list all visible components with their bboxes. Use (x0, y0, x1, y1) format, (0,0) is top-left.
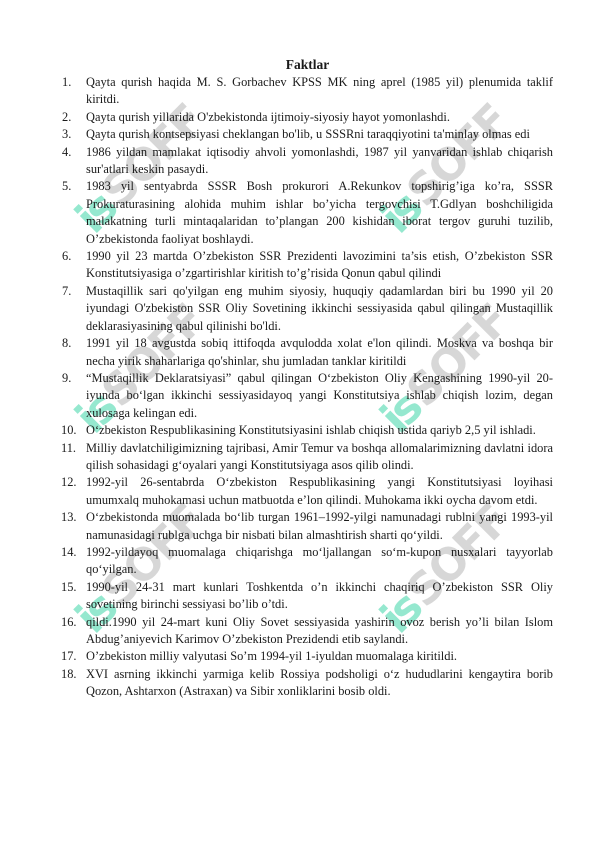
list-item-text: 1992-yil 26-sentabrda O‘zbekiston Respub… (86, 475, 553, 506)
list-item: 15.1990-yil 24-31 mart kunlari Toshkentd… (62, 579, 553, 614)
list-item: 3.Qayta qurish kontsepsiyasi cheklangan … (62, 126, 553, 143)
list-item-number: 6. (62, 248, 71, 265)
list-item-number: 13. (61, 509, 77, 526)
list-item-number: 11. (61, 440, 76, 457)
list-item-text: Mustaqillik sari qo'yilgan eng muhim siy… (86, 284, 553, 333)
list-item-number: 3. (62, 126, 71, 143)
facts-list: 1.Qayta qurish haqida M. S. Gorbachev KP… (62, 74, 553, 701)
list-item-text: 1990 yil 23 martda O’zbekiston SSR Prezi… (86, 249, 553, 280)
list-item-text: 1986 yildan mamlakat iqtisodiy ahvoli yo… (86, 145, 553, 176)
list-item: 11.Milliy davlatchiligimizning tajribasi… (62, 440, 553, 475)
list-item-number: 1. (62, 74, 71, 91)
list-item-text: O‘zbekistonda muomalada bo‘lib turgan 19… (86, 510, 553, 541)
list-item-number: 4. (62, 144, 71, 161)
list-item: 1.Qayta qurish haqida M. S. Gorbachev KP… (62, 74, 553, 109)
list-item-text: O’zbekiston milliy valyutasi So’m 1994-y… (86, 649, 457, 663)
list-item: 12.1992-yil 26-sentabrda O‘zbekiston Res… (62, 474, 553, 509)
list-item-number: 10. (61, 422, 77, 439)
list-item: 16.qildi.1990 yil 24-mart kuni Oliy Sove… (62, 614, 553, 649)
list-item: 18.XVI asrning ikkinchi yarmiga kelib Ro… (62, 666, 553, 701)
list-item: 9.“Mustaqillik Deklaratsiyasi” qabul qil… (62, 370, 553, 422)
list-item-text: Qayta qurish kontsepsiyasi cheklangan bo… (86, 127, 530, 141)
list-item-text: 1991 yil 18 avgustda sobiq ittifoqda avq… (86, 336, 553, 367)
list-item-text: Milliy davlatchiligimizning tajribasi, A… (86, 441, 553, 472)
list-item-number: 12. (61, 474, 77, 491)
list-item-number: 7. (62, 283, 71, 300)
list-item: 2.Qayta qurish yillarida O'zbekistonda i… (62, 109, 553, 126)
list-item-text: “Mustaqillik Deklaratsiyasi” qabul qilin… (86, 371, 553, 420)
list-item: 6.1990 yil 23 martda O’zbekiston SSR Pre… (62, 248, 553, 283)
list-item-number: 8. (62, 335, 71, 352)
list-item-text: qildi.1990 yil 24-mart kuni Oliy Sovet s… (86, 615, 553, 646)
list-item-number: 16. (61, 614, 77, 631)
list-item-number: 18. (61, 666, 77, 683)
list-item-text: 1983 yil sentyabrda SSSR Bosh prokurori … (86, 179, 553, 245)
list-item-text: Qayta qurish yillarida O'zbekistonda ijt… (86, 110, 450, 124)
list-item-number: 14. (61, 544, 77, 561)
document-page: is SOFF is SOFF is SOFF is SOFF is SOFF … (0, 0, 596, 842)
list-item-number: 15. (61, 579, 77, 596)
list-item-number: 17. (61, 648, 77, 665)
list-item: 7.Mustaqillik sari qo'yilgan eng muhim s… (62, 283, 553, 335)
page-title: Faktlar (62, 56, 553, 73)
list-item-number: 9. (62, 370, 71, 387)
list-item: 14.1992-yildayoq muomalaga chiqarishga m… (62, 544, 553, 579)
list-item: 17.O’zbekiston milliy valyutasi So’m 199… (62, 648, 553, 665)
list-item-text: O‘zbekiston Respublikasining Konstitutsi… (86, 423, 536, 437)
list-item-text: XVI asrning ikkinchi yarmiga kelib Rossi… (86, 667, 553, 698)
list-item-text: Qayta qurish haqida M. S. Gorbachev KPSS… (86, 75, 553, 106)
list-item-number: 5. (62, 178, 71, 195)
list-item-text: 1992-yildayoq muomalaga chiqarishga mo‘l… (86, 545, 553, 576)
list-item: 8.1991 yil 18 avgustda sobiq ittifoqda a… (62, 335, 553, 370)
list-item-text: 1990-yil 24-31 mart kunlari Toshkentda o… (86, 580, 553, 611)
list-item: 10.O‘zbekiston Respublikasining Konstitu… (62, 422, 553, 439)
list-item-number: 2. (62, 109, 71, 126)
document-body: Faktlar 1.Qayta qurish haqida M. S. Gorb… (62, 56, 553, 701)
list-item: 5.1983 yil sentyabrda SSSR Bosh prokuror… (62, 178, 553, 248)
list-item: 4.1986 yildan mamlakat iqtisodiy ahvoli … (62, 144, 553, 179)
list-item: 13.O‘zbekistonda muomalada bo‘lib turgan… (62, 509, 553, 544)
